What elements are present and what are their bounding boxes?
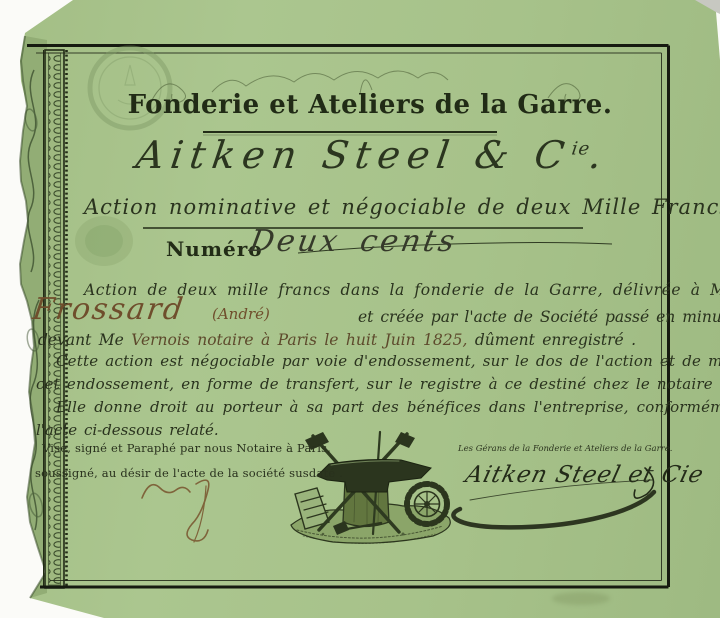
body-line-3: devant Me Vernois notaire à Paris le hui… bbox=[38, 331, 636, 349]
clause-line-1: Cette action est négociable par voie d'e… bbox=[56, 352, 720, 370]
body-line-2: et créée par l'acte de Société passé en … bbox=[358, 308, 720, 326]
notary-attestation-line-2: soussigné, au désir de l'acte de la soci… bbox=[35, 466, 343, 480]
clause-line-4: l'acte ci-dessous relaté. bbox=[36, 421, 219, 439]
body-line-3-manuscript: Vernois notaire à Paris le huit Juin 182… bbox=[131, 331, 467, 349]
clause-line-2: cet endossement, en forme de transfert, … bbox=[36, 375, 720, 393]
certificate-scan: Fonderie et Ateliers de la Garre. Aitken… bbox=[0, 0, 720, 618]
body-line-3-printed-post: dûment enregistré . bbox=[467, 331, 636, 349]
action-denomination-line: Action nominative et négociable de deux … bbox=[84, 195, 720, 219]
body-line-3-printed-pre: devant Me bbox=[38, 331, 131, 349]
company-signature-handwritten: Aitken Steel et Cie bbox=[463, 462, 707, 488]
numero-value-handwritten: Deux cents bbox=[247, 224, 460, 259]
notary-signature bbox=[142, 480, 209, 542]
ink-stamp bbox=[75, 216, 133, 266]
pencil-mark bbox=[552, 592, 610, 605]
company-name-period: . bbox=[586, 133, 611, 177]
certificate-title: Fonderie et Ateliers de la Garre. bbox=[120, 90, 620, 120]
company-name-text: Aitken Steel & C bbox=[133, 133, 574, 177]
clause-line-3: Elle donne droit au porteur à sa part de… bbox=[56, 398, 720, 416]
holder-firstname-handwritten: (André) bbox=[212, 305, 270, 323]
holder-name-handwritten: Frossard bbox=[31, 292, 187, 327]
company-name-script: Aitken Steel & Cie. bbox=[97, 133, 648, 177]
notary-attestation-line-1: Visé, signé et Paraphé par nous Notaire … bbox=[42, 441, 331, 455]
gerants-caption: Les Gérans de la Fonderie et Ateliers de… bbox=[458, 444, 672, 454]
